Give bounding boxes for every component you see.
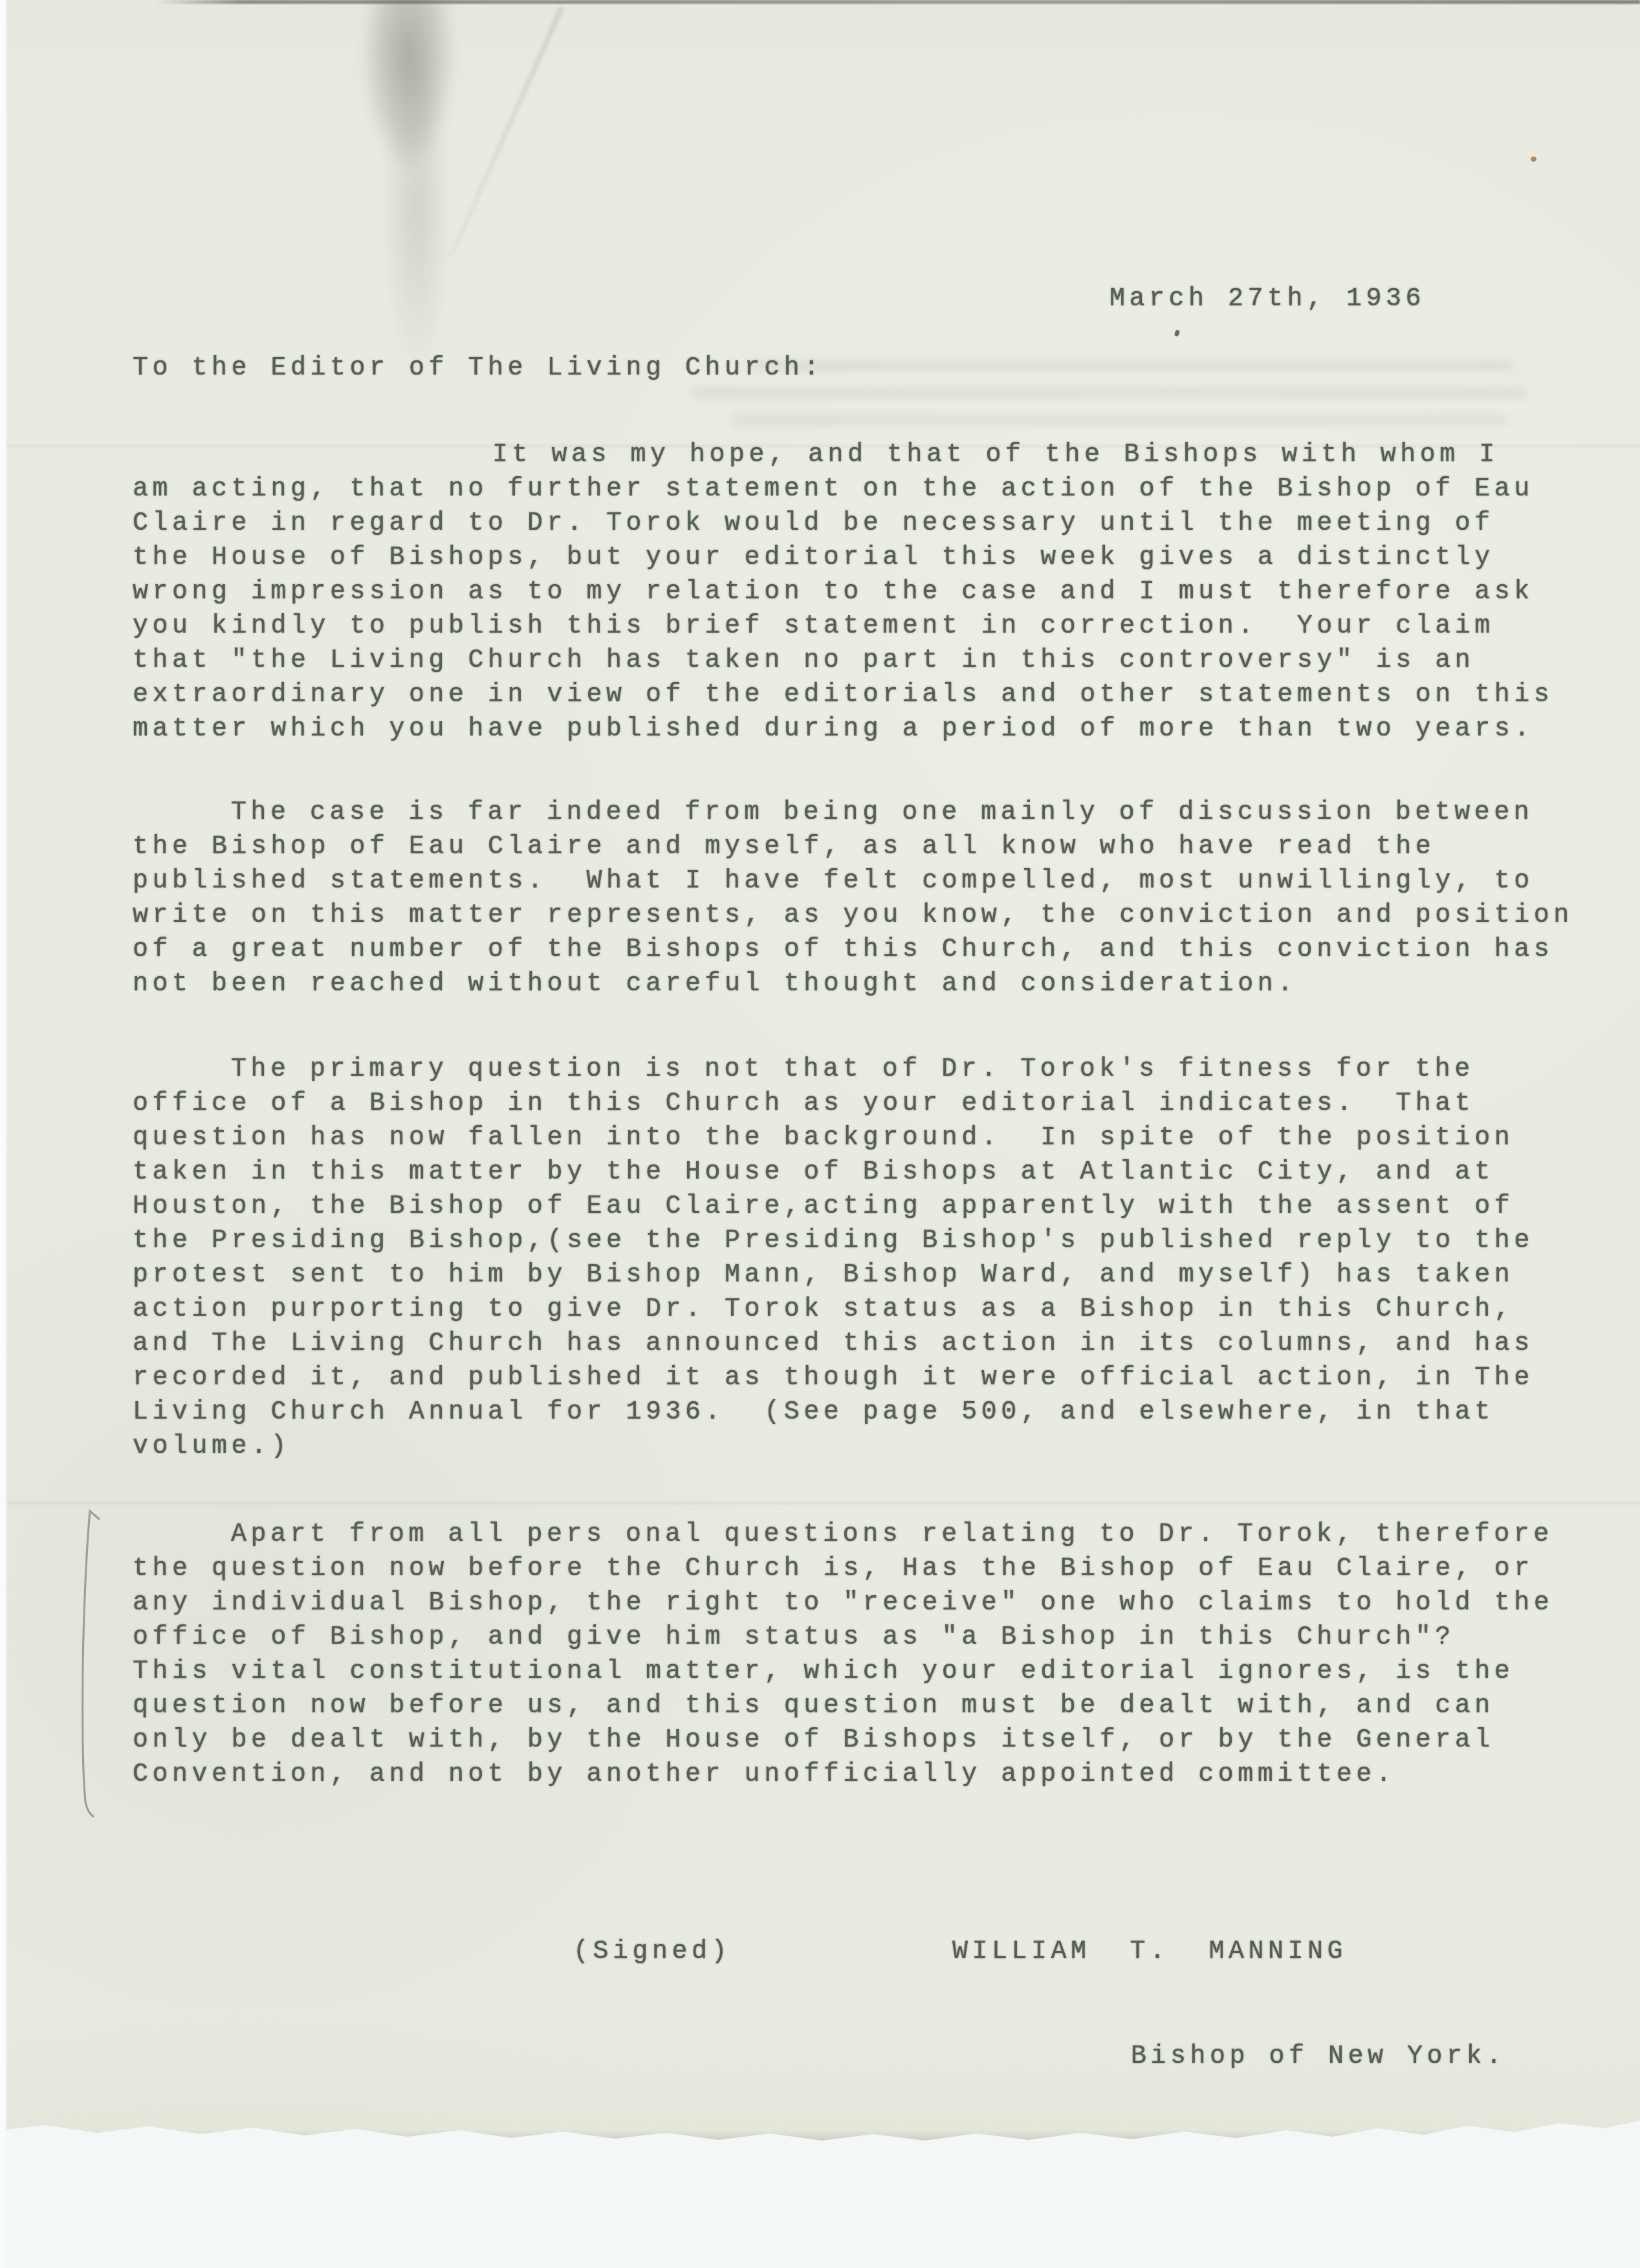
- paragraph-1: It was my hope, and that of the Bishops …: [133, 438, 1621, 747]
- pencil-margin-line: [73, 1507, 118, 1824]
- fold-crease-horizontal-bottom: [6, 1502, 1640, 1504]
- letter-salutation: To the Editor of The Living Church:: [133, 351, 824, 386]
- paragraph-4: Apart from all pers onal questions relat…: [133, 1518, 1621, 1792]
- paragraph-3: The primary question is not that of Dr. …: [133, 1052, 1621, 1464]
- paper-bottom-edge-shade: [6, 2130, 1640, 2146]
- stray-ink-dot: [1174, 329, 1180, 336]
- bleed-through-ghost-text: [750, 360, 1514, 371]
- bleed-through-ghost-text: [692, 387, 1527, 398]
- letter-date: March 27th, 1936: [1110, 282, 1425, 316]
- letter-paper-sheet: March 27th, 1936 To the Editor of The Li…: [6, 0, 1640, 2146]
- paper-speck: [1531, 157, 1536, 162]
- bleed-through-ghost-text: [731, 414, 1507, 426]
- scanned-letter-page: March 27th, 1936 To the Editor of The Li…: [0, 0, 1640, 2268]
- signature-title: Bishop of New York.: [1131, 2040, 1506, 2074]
- paragraph-2: The case is far indeed from being one ma…: [133, 796, 1621, 1001]
- signed-label: (Signed): [573, 1935, 731, 1969]
- signature-name: WILLIAM T. MANNING: [952, 1935, 1347, 1969]
